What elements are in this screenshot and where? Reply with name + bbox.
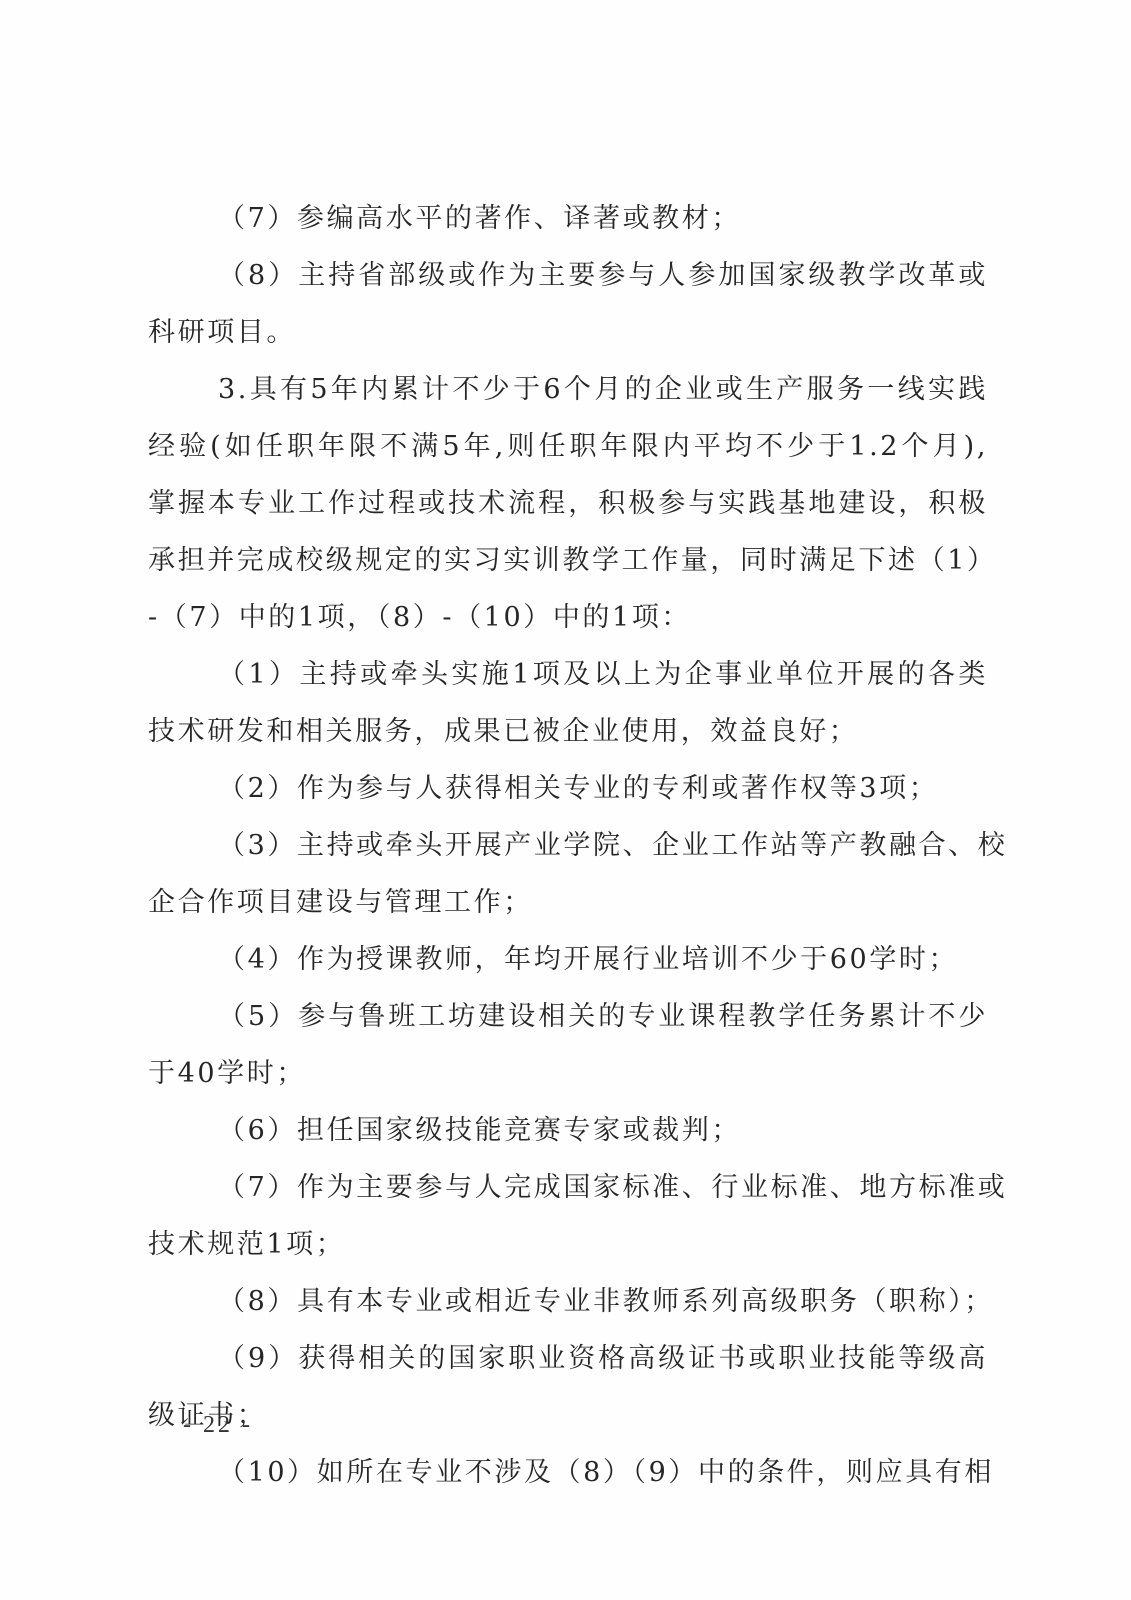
- text-line-section-3-cont-2: 掌握本专业工作过程或技术流程，积极参与实践基地建设，积极: [148, 484, 988, 524]
- text-line-item-3-cont: 企合作项目建设与管理工作；: [148, 883, 988, 923]
- text-line-section-3-cont-4: -（7）中的1项，（8）-（10）中的1项：: [148, 598, 988, 638]
- text-line-item-9-cont: 级证书；: [148, 1396, 988, 1436]
- text-line-item-6: （6）担任国家级技能竞赛专家或裁判；: [218, 1111, 988, 1151]
- text-line-section-3: 3.具有5年内累计不少于6个月的企业或生产服务一线实践: [218, 370, 988, 410]
- text-line-item-3: （3）主持或牵头开展产业学院、企业工作站等产教融合、校: [218, 826, 988, 866]
- text-line-item-1-cont: 技术研发和相关服务，成果已被企业使用，效益良好；: [148, 712, 988, 752]
- text-line-item-7b-cont: 技术规范1项；: [148, 1225, 988, 1265]
- page-number: - 22 -: [183, 1410, 253, 1440]
- document-page: （7）参编高水平的著作、译著或教材； （8）主持省部级或作为主要参与人参加国家级…: [0, 0, 1131, 1600]
- text-line-section-3-cont-1: 经验(如任职年限不满5年,则任职年限内平均不少于1.2个月),: [148, 427, 988, 467]
- text-line-item-9: （9）获得相关的国家职业资格高级证书或职业技能等级高: [218, 1339, 988, 1379]
- text-line-item-1: （1）主持或牵头实施1项及以上为企事业单位开展的各类: [218, 655, 988, 695]
- text-line-item-8-cont: 科研项目。: [148, 313, 988, 353]
- text-line-item-7: （7）参编高水平的著作、译著或教材；: [218, 199, 988, 239]
- text-line-item-5-cont: 于40学时；: [148, 1054, 988, 1094]
- text-line-item-2: （2）作为参与人获得相关专业的专利或著作权等3项；: [218, 769, 988, 809]
- text-line-item-8b: （8）具有本专业或相近专业非教师系列高级职务（职称）；: [218, 1282, 988, 1322]
- text-line-item-10: （10）如所在专业不涉及（8）（9）中的条件，则应具有相: [218, 1453, 988, 1493]
- text-line-item-5: （5）参与鲁班工坊建设相关的专业课程教学任务累计不少: [218, 997, 988, 1037]
- text-line-item-8: （8）主持省部级或作为主要参与人参加国家级教学改革或: [218, 256, 988, 296]
- text-line-section-3-cont-3: 承担并完成校级规定的实习实训教学工作量，同时满足下述（1）: [148, 541, 988, 581]
- text-line-item-7b: （7）作为主要参与人完成国家标准、行业标准、地方标准或: [218, 1168, 988, 1208]
- text-line-item-4: （4）作为授课教师，年均开展行业培训不少于60学时；: [218, 940, 988, 980]
